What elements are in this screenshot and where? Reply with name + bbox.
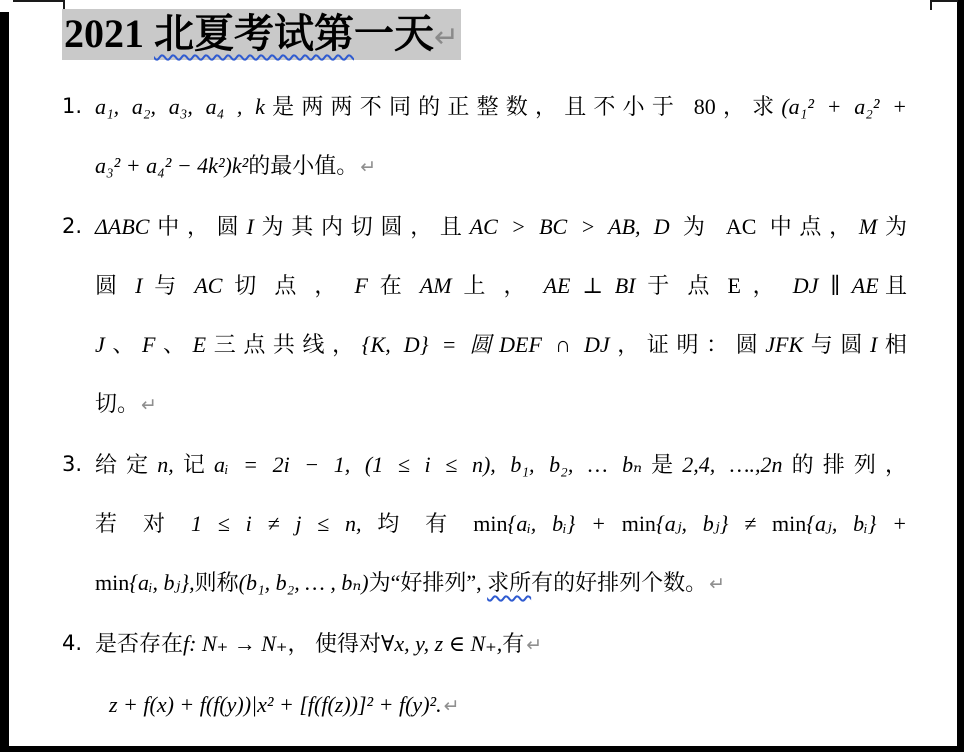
title-text-prefix: 2021 — [64, 11, 154, 56]
problem-number: 4. — [62, 614, 95, 673]
math-segment: J — [95, 332, 105, 357]
text-segment: 切 点 ， — [222, 273, 354, 298]
problem-number: 3. — [62, 435, 95, 494]
text-segment: 是两两不同的正整数，且不小于 80，求 — [265, 94, 781, 119]
text-segment-spellcheck-wavy: 求所 — [487, 570, 531, 595]
text-segment: 是否存在 — [95, 631, 183, 656]
problem-line: ΔABC中，圆I为其内切圆，且AC > BC > AB, D 为 AC 中点，M… — [95, 197, 907, 256]
paragraph-mark-icon: ↵ — [442, 695, 460, 717]
text-segment: 为 — [877, 214, 907, 239]
text-segment: 记 — [174, 452, 214, 477]
math-segment: 1 ≤ i ≠ j ≤ n, — [191, 511, 361, 536]
text-segment: 给定 — [95, 452, 157, 477]
math-segment: a₃² + a₄² − 4k²)k² — [95, 153, 248, 178]
title-text-spellcheck-wavy: 北夏考试第 — [154, 11, 354, 56]
math-segment: AC > BC > AB, D — [470, 214, 670, 239]
text-segment: 有的好排列个数。 — [531, 570, 707, 595]
text-segment: 与圆 — [803, 332, 870, 357]
text-segment: 且 — [879, 273, 907, 298]
problem-line: a₁, a₂, a₃, a₄ , k是两两不同的正整数，且不小于 80，求(a₁… — [95, 77, 907, 136]
paragraph-mark-icon: ↵ — [139, 394, 157, 416]
text-segment: 于 点 E ， — [635, 273, 792, 298]
math-roman-segment: min — [473, 511, 507, 536]
math-segment: ∀x, y, z ∈ N₊, — [381, 631, 502, 656]
problem-lines: a₁, a₂, a₃, a₄ , k是两两不同的正整数，且不小于 80，求(a₁… — [95, 77, 907, 197]
screenshot-right-edge — [957, 0, 964, 752]
math-segment: {aⱼ, bᵢ} + — [806, 511, 907, 536]
text-segment: 在 — [368, 273, 420, 298]
math-segment: {aⱼ, bⱼ} ≠ — [656, 511, 772, 536]
math-segment: AM — [420, 273, 452, 298]
text-segment: 、 — [155, 332, 192, 357]
screenshot-bottom-edge — [0, 746, 964, 752]
math-segment: AC — [194, 273, 222, 298]
problem-lines: 是否存在f: N₊ → N₊， 使得对∀x, y, z ∈ N₊,有↵z + f… — [95, 614, 907, 736]
math-roman-segment: min — [622, 511, 656, 536]
problem-item: 3.给定n,记aᵢ = 2i − 1, (1 ≤ i ≤ n), b₁, b₂,… — [62, 435, 922, 614]
text-segment: 与 — [142, 273, 194, 298]
math-segment: f: N₊ → N₊ — [183, 631, 288, 656]
math-segment: (a₁² + a₂² + — [781, 94, 907, 119]
math-segment: M — [859, 214, 877, 239]
math-segment: AE ⊥ BI — [544, 273, 636, 298]
text-segment: 若 对 — [95, 511, 191, 536]
text-segment: 为“好排列”, — [369, 570, 488, 595]
problem-line: min{aᵢ, bⱼ},则称(b₁, b₂, … , bₙ)为“好排列”, 求所… — [95, 553, 907, 614]
document-page[interactable]: 2021 北夏考试第一天↵ 1.a₁, a₂, a₃, a₄ , k是两两不同的… — [0, 0, 964, 752]
text-segment: 切。 — [95, 391, 139, 416]
document-content: 2021 北夏考试第一天↵ 1.a₁, a₂, a₃, a₄ , k是两两不同的… — [62, 8, 922, 736]
text-segment: ，证明：圆 — [610, 332, 766, 357]
problem-item: 1.a₁, a₂, a₃, a₄ , k是两两不同的正整数，且不小于 80，求(… — [62, 77, 922, 197]
text-segment: 、 — [105, 332, 142, 357]
math-roman-segment: min — [772, 511, 806, 536]
paragraph-mark-icon: ↵ — [524, 634, 542, 656]
math-segment: F — [354, 273, 367, 298]
problem-line: 是否存在f: N₊ → N₊， 使得对∀x, y, z ∈ N₊,有↵ — [95, 614, 907, 675]
text-segment: 圆 — [95, 273, 135, 298]
problem-number: 2. — [62, 197, 95, 256]
text-segment: 有 — [502, 631, 524, 656]
problem-lines: ΔABC中，圆I为其内切圆，且AC > BC > AB, D 为 AC 中点，M… — [95, 197, 907, 435]
problem-line: a₃² + a₄² − 4k²)k²的最小值。↵ — [95, 136, 907, 197]
text-segment: 的排列， — [782, 452, 906, 477]
problem-list: 1.a₁, a₂, a₃, a₄ , k是两两不同的正整数，且不小于 80，求(… — [62, 77, 922, 736]
text-segment: 则称 — [195, 570, 239, 595]
problem-line: J、F、E三点共线，{K, D} = 圆DEF ∩ DJ，证明：圆JFK与圆I相 — [95, 315, 907, 374]
text-segment: 均 有 — [362, 511, 474, 536]
text-boundary-corner-mark-right — [930, 0, 958, 10]
text-segment: 的最小值。 — [248, 153, 358, 178]
text-segment: ， 使得对 — [288, 631, 382, 656]
math-segment: {aᵢ, bⱼ}, — [129, 570, 194, 595]
paragraph-mark-icon: ↵ — [434, 20, 459, 55]
text-segment: 中，圆 — [149, 214, 246, 239]
math-segment: {aᵢ, bᵢ} + — [508, 511, 622, 536]
math-roman-segment: min — [95, 570, 129, 595]
text-segment: 相 — [877, 332, 907, 357]
title-text-suffix: 一天 — [354, 11, 434, 56]
text-segment: 三点共线， — [206, 332, 362, 357]
problem-line: 若 对 1 ≤ i ≠ j ≤ n, 均 有 min{aᵢ, bᵢ} + min… — [95, 494, 907, 553]
title-selection-highlight: 2021 北夏考试第一天↵ — [62, 9, 461, 60]
math-segment: DJ ∥ AE — [793, 273, 879, 298]
document-title: 2021 北夏考试第一天↵ — [62, 8, 922, 64]
math-segment: {K, D} = 圆DEF ∩ DJ — [362, 332, 610, 357]
math-segment: JFK — [765, 332, 803, 357]
problem-line: 切。↵ — [95, 374, 907, 435]
problem-line: 圆 I 与 AC 切 点 ， F 在 AM 上 ， AE ⊥ BI 于 点 E … — [95, 256, 907, 315]
problem-line: z + f(x) + f(f(y))|x² + [f(f(z))]² + f(y… — [95, 675, 907, 736]
text-segment: 为 AC 中点， — [670, 214, 859, 239]
problem-line: 给定n,记aᵢ = 2i − 1, (1 ≤ i ≤ n), b₁, b₂, …… — [95, 435, 907, 494]
problem-lines: 给定n,记aᵢ = 2i − 1, (1 ≤ i ≤ n), b₁, b₂, …… — [95, 435, 907, 614]
problem-item: 2.ΔABC中，圆I为其内切圆，且AC > BC > AB, D 为 AC 中点… — [62, 197, 922, 435]
math-segment: E — [193, 332, 206, 357]
text-segment: 上 ， — [452, 273, 544, 298]
text-segment: 是 — [642, 452, 682, 477]
text-boundary-corner-mark-left — [13, 0, 65, 10]
paragraph-mark-icon: ↵ — [358, 156, 376, 178]
math-segment: I — [246, 214, 253, 239]
math-segment: (b₁, b₂, … , bₙ) — [239, 570, 369, 595]
paragraph-mark-icon: ↵ — [707, 573, 725, 595]
math-segment: 2,4, ….,2n — [682, 452, 782, 477]
problem-item: 4.是否存在f: N₊ → N₊， 使得对∀x, y, z ∈ N₊,有↵z +… — [62, 614, 922, 736]
problem-number: 1. — [62, 77, 95, 136]
math-segment: n, — [157, 452, 174, 477]
math-segment: z + f(x) + f(f(y))|x² + [f(f(z))]² + f(y… — [109, 692, 442, 717]
screenshot-left-edge — [0, 12, 9, 752]
text-segment: 为其内切圆，且 — [254, 214, 470, 239]
math-segment: aᵢ = 2i − 1, (1 ≤ i ≤ n), b₁, b₂, … bₙ — [214, 452, 642, 477]
math-segment: ΔABC — [95, 214, 149, 239]
math-segment: a₁, a₂, a₃, a₄ , k — [95, 94, 265, 119]
math-segment: F — [142, 332, 155, 357]
